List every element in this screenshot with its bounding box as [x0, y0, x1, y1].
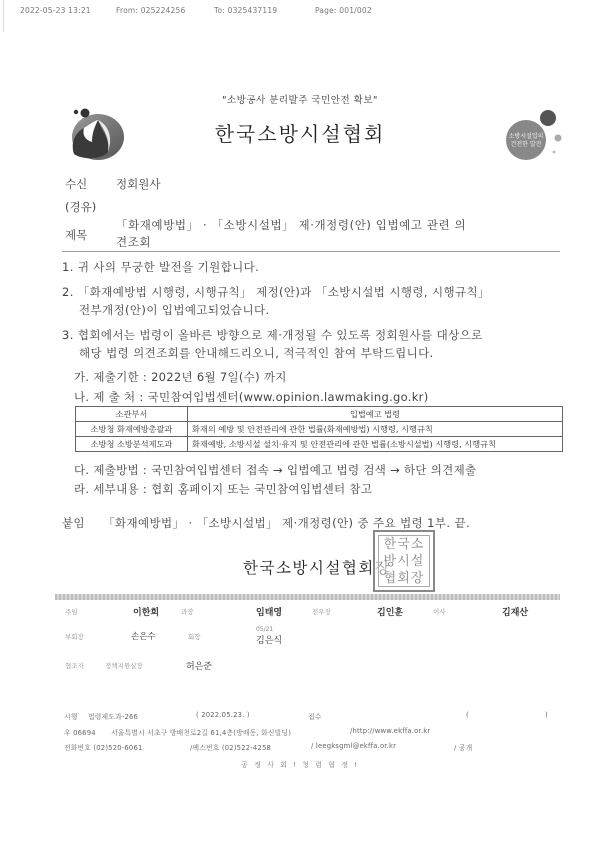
- fax-from: From: 025224256: [116, 6, 185, 15]
- subject-divider: [62, 251, 560, 252]
- subject-line-1: 「화재예방법」 · 「소방시설법」 제·개정령(안) 입법예고 관련 의: [116, 217, 466, 233]
- footer-phone: 전화번호 (02)520-6061: [64, 742, 143, 752]
- footer-address: 서울특별시 서초구 방배천로2길 61,4층(방배동, 화신빌딩): [111, 727, 291, 737]
- approver-name: 김인훈: [377, 605, 403, 618]
- footer-email: / leegksgml@ekffa.or.kr: [311, 742, 396, 750]
- paragraph-3-line-2: 해당 법령 의견조회를 안내해드리오니, 적극적인 참여 부탁드립니다.: [79, 345, 434, 361]
- approval-date: 05/21: [256, 626, 273, 633]
- sender-name: 한국소방시설협회장: [243, 556, 391, 578]
- item-deadline-value: 2022년 6월 7일(수) 까지: [151, 370, 287, 384]
- fax-header: 2022-05-23 13:21 From: 025224256 To: 032…: [20, 6, 600, 18]
- item-method-value: 국민참여입법센터 접속 → 입법예고 법령 검색 → 하단 의견제출: [151, 463, 476, 477]
- paragraph-2-line-1: 2. 「화재예방법 시행령, 시행규칙」 제정(안)과 「소방시설법 시행령, …: [62, 284, 490, 300]
- footer-receipt-open: (: [466, 711, 469, 719]
- svg-text:건전한 발전: 건전한 발전: [511, 140, 542, 148]
- footer-website: /http://www.ekffa.or.kr: [350, 727, 430, 735]
- footer-receipt-label: 접수: [308, 711, 322, 721]
- approver-name: 이한희: [133, 605, 159, 618]
- item-details-label: 라. 세부내용 :: [74, 482, 147, 496]
- item-submit-to-value: 국민참여입법센터(www.opinion.lawmaking.go.kr): [148, 390, 429, 404]
- item-method: 다. 제출방법 : 국민참여입법센터 접속 → 입법예고 법령 검색 → 하단 …: [74, 462, 476, 478]
- laws-table-wrapper: 소관부서 입법예고 법령 소방청 화재예방총괄과 화재의 예방 및 안전관리에 …: [75, 406, 563, 452]
- laws-table: 소관부서 입법예고 법령 소방청 화재예방총괄과 화재의 예방 및 안전관리에 …: [75, 406, 563, 452]
- emblem-text: 소방시설업의: [509, 132, 544, 140]
- fax-datetime: 2022-05-23 13:21: [20, 6, 91, 15]
- paragraph-1: 1. 귀 사의 무궁한 발전을 기원합니다.: [62, 259, 259, 275]
- approver-role: 부회장: [65, 632, 84, 641]
- table-header-row: 소관부서 입법예고 법령: [76, 407, 563, 422]
- flame-logo-icon: [62, 104, 126, 162]
- table-cell-dept: 소방청 화재예방총괄과: [76, 422, 188, 437]
- item-deadline-label: 가. 제출기한 :: [74, 370, 147, 384]
- approval-band-divider: [55, 594, 560, 600]
- table-cell-law: 화재의 예방 및 안전관리에 관한 법률(화재예방법) 시행령, 시행규칙: [188, 422, 563, 437]
- table-header-law: 입법예고 법령: [188, 407, 563, 422]
- circle-emblem-icon: 소방시설업의 건전한 발전: [500, 106, 570, 168]
- approver-name: 김재산: [502, 605, 528, 618]
- recipient-label: 수신: [65, 176, 87, 192]
- table-row: 소방청 화재예방총괄과 화재의 예방 및 안전관리에 관한 법률(화재예방법) …: [76, 422, 563, 437]
- table-row: 소방청 소방분석제도과 화재예방, 소방시설 설치·유지 및 안전관리에 관한 …: [76, 437, 563, 452]
- footer-receipt-close: ): [545, 711, 548, 719]
- cooperator-name: 허은준: [186, 659, 212, 672]
- fax-to: To: 0325437119: [214, 6, 277, 15]
- item-method-label: 다. 제출방법 :: [74, 463, 147, 477]
- cooperator-sub-role: 정책지원실장: [105, 661, 143, 670]
- footer-disclosure: / 공개: [454, 742, 472, 752]
- fax-edge-line: [3, 0, 4, 32]
- approver-role: 전무장: [312, 607, 331, 616]
- footer-doc-label: 시행: [64, 711, 78, 721]
- approver-name: 손은수: [131, 630, 156, 642]
- recipient-row: 수신 정회원사: [65, 176, 465, 192]
- table-cell-law: 화재예방, 소방시설 설치·유지 및 안전관리에 관한 법률(소방시설법) 시행…: [188, 437, 563, 452]
- footer-postal: 우 06694: [64, 727, 96, 737]
- attachment-text: 「화재예방법」 · 「소방시설법」 제·개정령(안) 중 주요 법령 1부. 끝…: [103, 516, 470, 530]
- approver-role: 과장: [181, 607, 194, 616]
- item-details-value: 협회 홈페이지 또는 국민참여입법센터 참고: [151, 482, 372, 496]
- attachment-label: 붙임: [62, 516, 85, 530]
- approver-name: 김은식: [256, 633, 282, 646]
- cooperator-role: 협조자: [65, 661, 84, 670]
- footer-doc-date: ( 2022.05.23. ): [196, 711, 250, 719]
- footer-motto: 공 정 사 회 ! 청 렴 협 정 !: [0, 760, 600, 770]
- subject-label: 제목: [65, 227, 87, 243]
- via-row: (경유): [65, 199, 465, 215]
- item-details: 라. 세부내용 : 협회 홈페이지 또는 국민참여입법센터 참고: [74, 481, 372, 497]
- seal-text: 한국소방시설협회장인: [379, 536, 429, 586]
- approver-role: 주임: [65, 607, 78, 616]
- footer-doc-number: 법령제도과-266: [88, 711, 138, 721]
- attachment-line: 붙임 「화재예방법」 · 「소방시설법」 제·개정령(안) 중 주요 법령 1부…: [62, 515, 470, 531]
- item-submit-to-label: 나. 제 출 처 :: [74, 390, 144, 404]
- paragraph-2-line-2: 전부개정(안)이 입법예고되었습니다.: [79, 302, 270, 318]
- subject-line-2: 견조회: [116, 234, 151, 250]
- table-header-dept: 소관부서: [76, 407, 188, 422]
- table-cell-dept: 소방청 소방분석제도과: [76, 437, 188, 452]
- approver-role: 이사: [433, 607, 446, 616]
- official-seal-icon: 한국소방시설협회장인: [373, 530, 435, 592]
- fax-page: Page: 001/002: [315, 6, 372, 15]
- item-submit-to: 나. 제 출 처 : 국민참여입법센터(www.opinion.lawmakin…: [74, 389, 429, 405]
- item-deadline: 가. 제출기한 : 2022년 6월 7일(수) 까지: [74, 369, 287, 385]
- paragraph-3-line-1: 3. 협회에서는 법령이 올바른 방향으로 제·개정될 수 있도록 정회원사를 …: [62, 327, 483, 343]
- approver-role: 회장: [188, 632, 201, 641]
- approver-name: 임태영: [256, 605, 282, 618]
- recipient-value: 정회원사: [116, 176, 160, 192]
- footer-fax: /팩스번호 (02)522-4258: [190, 742, 271, 752]
- via-label: (경유): [65, 199, 96, 215]
